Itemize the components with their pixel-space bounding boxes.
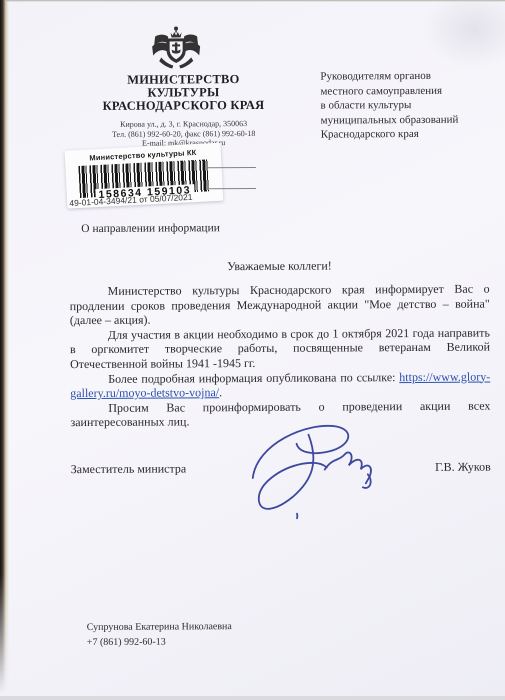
scan-edge-left [0,0,9,700]
scanned-letter-page: МИНИСТЕРСТВО КУЛЬТУРЫ КРАСНОДАРСКОГО КРА… [0,0,505,700]
ministry-name-line: КРАСНОДАРСКОГО КРАЯ [38,99,328,114]
contact-name: Супрунова Екатерина Николаевна [87,619,232,635]
paragraph-3-period: . [219,385,222,399]
recipient-line: местного самоуправления [320,83,458,98]
recipient-line: муниципальных образований [321,112,459,127]
paragraph-3: Более подробная информация опубликована … [70,369,490,401]
coat-of-arms-icon [147,24,205,78]
signer-name: Г.В. Жуков [435,460,491,475]
subject-line: О направлении информации [81,222,220,235]
letterhead-fill-line [208,188,256,189]
ministry-name: МИНИСТЕРСТВО КУЛЬТУРЫ КРАСНОДАРСКОГО КРА… [38,73,328,114]
signer-position: Заместитель министра [71,461,187,477]
contact-phone: +7 (861) 992-60-13 [87,634,232,650]
letter-body: Министерство культуры Краснодарского кра… [70,282,491,431]
letter-content: МИНИСТЕРСТВО КУЛЬТУРЫ КРАСНОДАРСКОГО КРА… [0,0,505,700]
letterhead: МИНИСТЕРСТВО КУЛЬТУРЫ КРАСНОДАРСКОГО КРА… [38,73,328,149]
letterhead-fill-line [208,167,256,168]
recipient-line: Руководителям органов [320,69,458,84]
recipient-line: в области культуры [320,98,458,113]
recipient-line: Краснодарского края [321,127,459,142]
executor-contact: Супрунова Екатерина Николаевна +7 (861) … [87,619,232,650]
salutation: Уважаемые коллеги! [69,258,489,276]
recipient-block: Руководителям органов местного самоуправ… [320,69,458,142]
scan-edge-top [6,0,505,2]
paragraph-3-text: Более подробная информация опубликована … [108,370,399,386]
paragraph-1: Министерство культуры Краснодарского кра… [70,282,490,328]
paragraph-2: Для участия в акции необходимо в срок до… [70,325,490,371]
scan-edge-bottom [0,696,505,700]
handwritten-signature [238,417,389,526]
